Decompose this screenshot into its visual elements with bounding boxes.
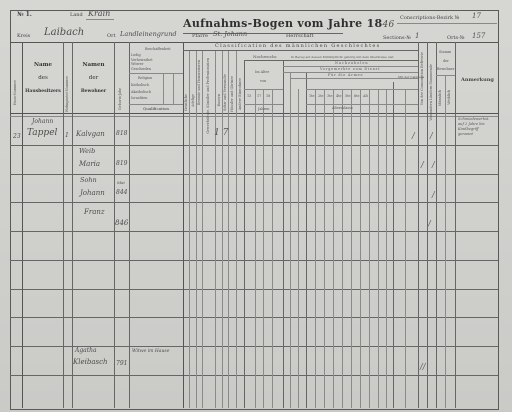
nachwuchs-sub: von: [260, 79, 266, 83]
col-anmerkung: Anmerkung: [461, 77, 494, 83]
cell-bewohner: Maria: [79, 160, 100, 168]
col-classification: Classification des männlichen Geschlecht…: [215, 43, 381, 49]
cell-jahr: 844: [116, 189, 127, 196]
cell-jahr: 846: [115, 219, 128, 227]
col-hausbesitzer-3: Hausbesitzers: [23, 89, 63, 94]
cell-bewohner: Weib: [79, 147, 95, 155]
col-hausnummer: Haus-Nummer: [13, 80, 17, 105]
col-bewohner-1: Namen: [73, 62, 114, 68]
class-col-label: Sohn- und Verwandte: [223, 74, 227, 111]
tally-mark: /: [432, 160, 435, 169]
vorgemerkt-label: Vorgemerkte zum Dienst: [320, 67, 380, 71]
row-line: [10, 317, 498, 318]
heer-col: 3te: [327, 94, 333, 98]
cell-bewohner: Agatha: [75, 347, 97, 354]
heer-col: Alt: [363, 94, 368, 98]
col-bewohner-3: Bewohner: [73, 89, 114, 94]
col-beschaffenheit: Beschaffenheit: [145, 47, 171, 51]
tally-mark: //: [420, 362, 425, 371]
cell-qualification: Witwe im Hause: [132, 349, 172, 355]
class-col-label: Beamte und Honoratioren: [197, 60, 201, 105]
stamm-col: Männlich: [438, 90, 442, 106]
stamm-header: der: [443, 59, 449, 63]
age-col: 18: [266, 94, 270, 98]
religion-label: Religion: [138, 76, 152, 80]
col-line: [22, 42, 23, 408]
tally-mark: /: [412, 131, 415, 140]
class-col-label: Adelige: [191, 94, 195, 107]
col-bewohner-2: der: [73, 75, 114, 81]
class-col-label: Gewerbsleute, Künstler und Professionist…: [206, 58, 210, 134]
census-sheet: № 1. Land Krain Aufnahms-Bogen vom Jahre…: [0, 0, 512, 412]
cell-haus-nr: 23: [13, 133, 21, 140]
cell-jahr: 791: [116, 360, 127, 367]
col-wohnpartei: Wohnpartei-Nummer: [65, 76, 69, 112]
cell-jahr-prefix: Mai: [117, 180, 125, 185]
nachzuholen-label: Nachzuholen: [335, 61, 369, 65]
row-line: [10, 145, 498, 146]
col-line: [63, 42, 64, 408]
cell-partei: 1: [65, 132, 69, 139]
cell-remark: Schmiedewerkst. auf 2 Jahre bis Kindbegr…: [458, 117, 489, 137]
age-col: 17: [257, 94, 261, 98]
cell-hausbesitzer: Tappel: [27, 128, 57, 138]
class-col-label: Geistliche: [184, 94, 188, 111]
tally-mark: /: [432, 190, 435, 199]
row-line: [10, 375, 498, 376]
class-col-label: Andere Einwohner: [238, 78, 242, 110]
cell-bewohner: Kalvgan: [76, 130, 105, 138]
nachwuchs-sub: Im Alter: [255, 70, 269, 74]
religion-rows: Katholisch Akatholisch Israeliten: [131, 82, 151, 102]
heer-col: 4te: [336, 94, 342, 98]
cell-jahr: 819: [116, 160, 127, 167]
header-double-line: [10, 116, 498, 117]
age-col: 13: [247, 94, 251, 98]
heer-col: 6te: [354, 94, 360, 98]
heer-col: 2te: [318, 94, 324, 98]
col-line: [72, 42, 73, 408]
stamm-col: Weiblich: [447, 90, 451, 105]
stamm-header: Stamm: [439, 50, 451, 54]
col-nachwuchs: Nachwuchs: [253, 54, 277, 59]
altersklasse-label: Altersklasse: [332, 106, 353, 110]
col-line: [129, 42, 130, 408]
tally-mark: /: [430, 131, 433, 140]
row-line: [10, 260, 498, 261]
cell-bewohner: Franz: [84, 208, 105, 216]
fuer-heer-label: Für die Armee: [328, 73, 363, 77]
header-bottom-line: [10, 113, 498, 114]
class-col-label: Häusler und Gärtner: [230, 76, 234, 112]
stamm-header: Bewohner: [437, 67, 454, 71]
cell-bewohner: Johann: [80, 189, 105, 197]
class-col-label: Bauern: [217, 94, 221, 107]
tally-mark: /: [421, 160, 424, 169]
jahren-label: Jahren: [258, 107, 269, 111]
row-line: [10, 231, 498, 232]
fremde-col: Von der Conscription Befreiete: [420, 52, 424, 105]
tally-mark: /: [428, 219, 431, 228]
cell-hausbesitzer: Johann: [32, 118, 53, 125]
row-line: [10, 174, 498, 175]
heer-col: 1te: [309, 94, 315, 98]
beschaffenheit-rows: Ledig Verheirathet Witwer Geschieden: [131, 53, 153, 71]
row-line: [10, 289, 498, 290]
col-hausbesitzer-2: des: [23, 75, 63, 81]
col-qualification: Qualification: [143, 106, 169, 111]
tally-mark: 1 7: [214, 128, 228, 138]
fremde-col: Von andern Ländern Stammende: [429, 64, 433, 121]
cell-bewohner: Kleibasch: [73, 358, 108, 366]
col-geburtsjahr: Geburts-Jahr: [118, 88, 122, 110]
cell-jahr: 818: [116, 130, 127, 137]
row-line: [10, 202, 498, 203]
col-hausbesitzer-1: Name: [23, 62, 63, 68]
heer-col: 5te: [345, 94, 351, 98]
im-bezug-label: In Bezug auf dessen Militärpflicht gehör…: [291, 55, 393, 59]
cell-bewohner: Sohn: [80, 176, 97, 184]
